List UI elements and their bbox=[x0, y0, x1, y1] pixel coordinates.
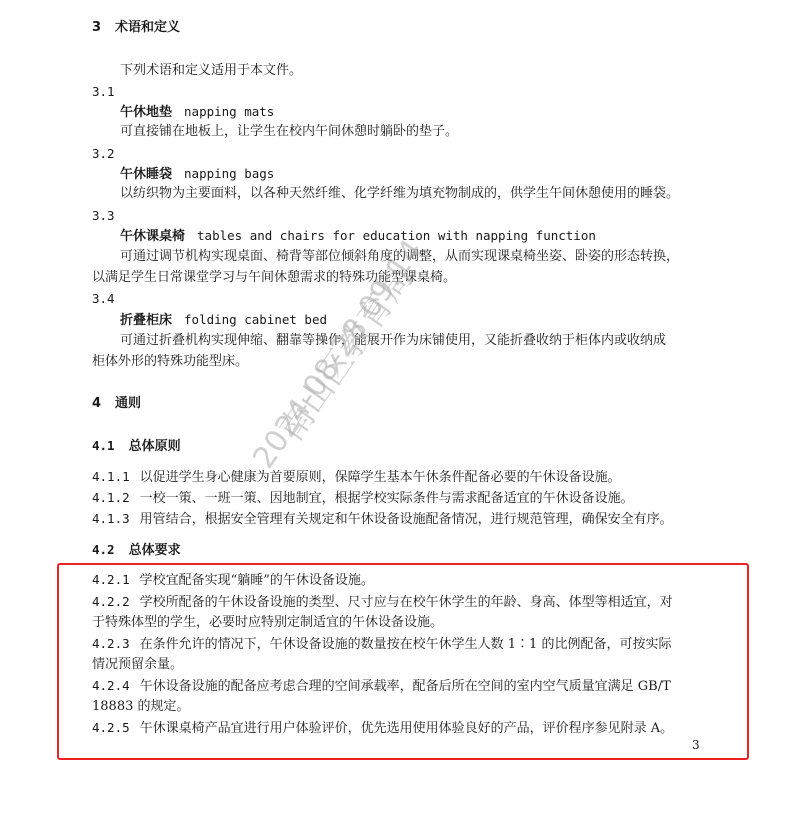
clause-number: 4.1.3 bbox=[92, 511, 130, 526]
clause-text: 午休设备设施的配备应考虑合理的空间承载率，配备后所在空间的室内空气质量宜满足 G… bbox=[140, 679, 671, 694]
clause-number: 4.1.1 bbox=[92, 469, 130, 484]
clause-number: 4.2.1 bbox=[92, 572, 130, 587]
term-en: tables and chairs for education with nap… bbox=[197, 228, 596, 243]
clause-4-2-4-cont: 18883 的规定。 bbox=[92, 699, 190, 715]
clause-4-1-1: 4.1.1以促进学生身心健康为首要原则，保障学生基本午休条件配备必要的午休设备设… bbox=[92, 469, 621, 486]
term-definition: 可通过调节机构实现桌面、椅背等部位倾斜角度的调整，从而实现课桌椅坐姿、卧姿的形态… bbox=[120, 249, 679, 265]
term-cn: 午休睡袋 bbox=[120, 167, 172, 182]
section-3-heading: 3术语和定义 bbox=[92, 20, 180, 36]
document-page: 3术语和定义 下列术语和定义适用于本文件。 3.1 午休地垫napping ma… bbox=[0, 0, 792, 822]
section-number: 3 bbox=[92, 20, 101, 35]
term-number: 3.1 bbox=[92, 84, 115, 100]
subsection-number: 4.1 bbox=[92, 438, 115, 453]
term-number: 3.2 bbox=[92, 146, 115, 162]
term-definition: 可通过折叠机构实现伸缩、翻靠等操作，能展开作为床铺使用，又能折叠收纳于柜体内或收… bbox=[120, 333, 666, 349]
clause-4-2-2-cont: 于特殊体型的学生，必要时应特别定制适宜的午休设备设施。 bbox=[92, 615, 443, 631]
term-definition: 以纺织物为主要面料，以各种天然纤维、化学纤维为填充物制成的，供学生午间休憩使用的… bbox=[120, 186, 679, 202]
section-4-heading: 4通则 bbox=[92, 396, 141, 412]
term-en: folding cabinet bed bbox=[184, 312, 327, 327]
page-number: 3 bbox=[692, 738, 700, 752]
clause-4-1-2: 4.1.2一校一策、一班一策、因地制宜，根据学校实际条件与需求配备适宜的午休设备… bbox=[92, 490, 634, 507]
clause-number: 4.2.5 bbox=[92, 720, 130, 735]
term-number: 3.4 bbox=[92, 291, 115, 307]
clause-4-2-3-cont: 情况预留余量。 bbox=[92, 657, 183, 673]
clause-4-2-5: 4.2.5午休课桌椅产品宜进行用户体验评价，优先选用使用体验良好的产品，评价程序… bbox=[92, 720, 673, 737]
clause-4-2-1: 4.2.1学校宜配备实现“躺睡”的午休设备设施。 bbox=[92, 572, 374, 589]
section-title: 通则 bbox=[115, 396, 141, 411]
subsection-4-1-heading: 4.1总体原则 bbox=[92, 438, 181, 455]
term-en: napping bags bbox=[184, 166, 274, 181]
clause-4-1-3: 4.1.3用管结合，根据安全管理有关规定和午休设备设施配备情况，进行规范管理，确… bbox=[92, 511, 673, 528]
clause-4-2-4: 4.2.4午休设备设施的配备应考虑合理的空间承载率，配备后所在空间的室内空气质量… bbox=[92, 678, 671, 695]
clause-text: 用管结合，根据安全管理有关规定和午休设备设施配备情况，进行规范管理，确保安全有序… bbox=[140, 512, 673, 527]
term-en: napping mats bbox=[184, 104, 274, 119]
term-cn: 午休地垫 bbox=[120, 105, 172, 120]
term-definition-cont: 以满足学生日常课堂学习与午间休憩需求的特殊功能型课桌椅。 bbox=[92, 270, 456, 286]
term-cn: 午休课桌椅 bbox=[120, 229, 185, 244]
clause-4-2-3: 4.2.3在条件允许的情况下，午休设备设施的数量按在校午休学生人数 1∶1 的比… bbox=[92, 636, 671, 653]
clause-4-2-2: 4.2.2学校所配备的午休设备设施的类型、尺寸应与在校午休学生的年龄、身高、体型… bbox=[92, 594, 673, 611]
term-title: 午休地垫napping mats bbox=[120, 104, 274, 121]
clause-text: 一校一策、一班一策、因地制宜，根据学校实际条件与需求配备适宜的午休设备设施。 bbox=[140, 491, 634, 506]
subsection-title: 总体原则 bbox=[129, 439, 181, 454]
subsection-title: 总体要求 bbox=[129, 543, 181, 558]
term-title: 午休课桌椅tables and chairs for education wit… bbox=[120, 228, 596, 245]
clause-number: 4.2.2 bbox=[92, 594, 130, 609]
clause-text: 学校所配备的午休设备设施的类型、尺寸应与在校午休学生的年龄、身高、体型等相适宜，… bbox=[140, 595, 673, 610]
clause-text: 午休课桌椅产品宜进行用户体验评价，优先选用使用体验良好的产品，评价程序参见附录 … bbox=[140, 721, 674, 736]
section-3-intro: 下列术语和定义适用于本文件。 bbox=[120, 63, 302, 79]
term-definition: 可直接铺在地板上，让学生在校内午间休憩时躺卧的垫子。 bbox=[120, 124, 458, 140]
subsection-4-2-heading: 4.2总体要求 bbox=[92, 542, 181, 559]
clause-text: 以促进学生身心健康为首要原则，保障学生基本午休条件配备必要的午休设备设施。 bbox=[140, 470, 621, 485]
section-title: 术语和定义 bbox=[115, 20, 180, 35]
clause-number: 4.1.2 bbox=[92, 490, 130, 505]
term-cn: 折叠柜床 bbox=[120, 313, 172, 328]
section-number: 4 bbox=[92, 396, 101, 411]
subsection-number: 4.2 bbox=[92, 542, 115, 557]
clause-number: 4.2.3 bbox=[92, 636, 130, 651]
clause-text: 学校宜配备实现“躺睡”的午休设备设施。 bbox=[140, 573, 374, 588]
clause-number: 4.2.4 bbox=[92, 678, 130, 693]
clause-text: 在条件允许的情况下，午休设备设施的数量按在校午休学生人数 1∶1 的比例配备，可… bbox=[140, 637, 672, 652]
term-definition-cont: 柜体外形的特殊功能型床。 bbox=[92, 354, 248, 370]
term-title: 午休睡袋napping bags bbox=[120, 166, 274, 183]
term-title: 折叠柜床folding cabinet bed bbox=[120, 312, 327, 329]
term-number: 3.3 bbox=[92, 208, 115, 224]
